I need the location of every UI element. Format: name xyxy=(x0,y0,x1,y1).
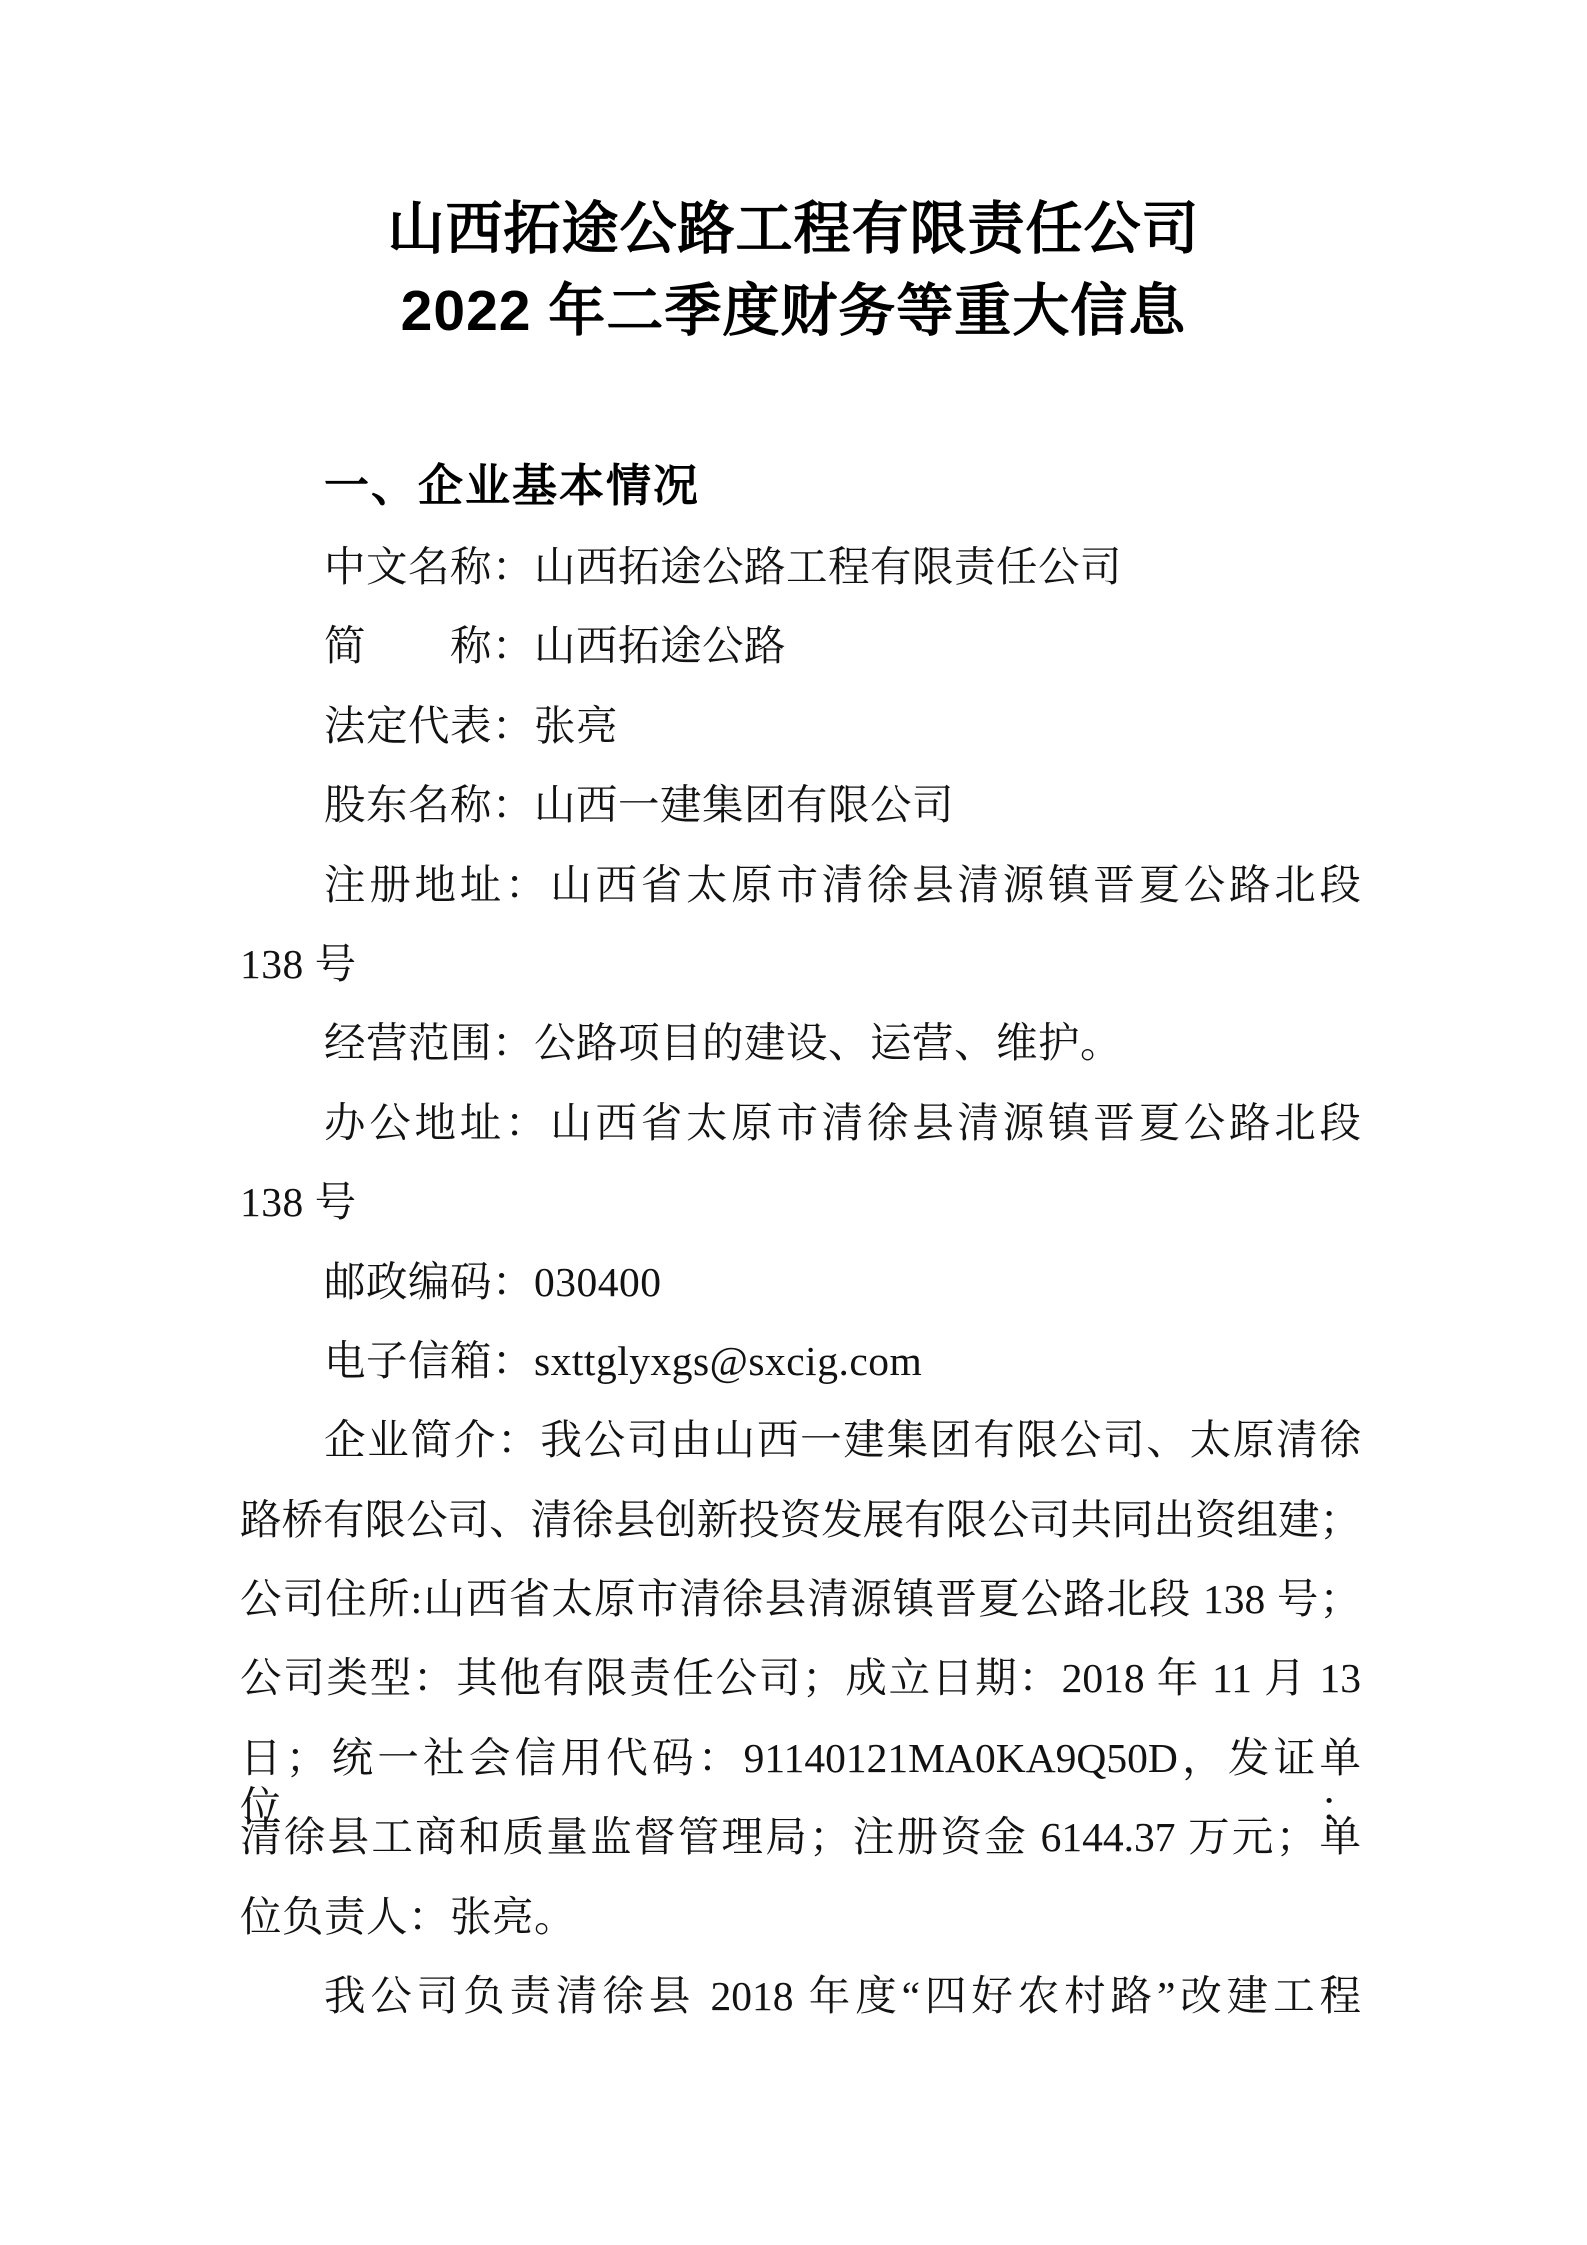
document-line: 电子信箱：sxttglyxgs@sxcig.com xyxy=(240,1337,1361,1416)
document-line: 法定代表：张亮 xyxy=(240,702,1361,781)
document-title-line1: 山西拓途公路工程有限责任公司 xyxy=(0,196,1587,262)
document-line: 清徐县工商和质量监督管理局；注册资金 6144.37 万元；单 xyxy=(240,1813,1361,1892)
document-line: 我公司负责清徐县 2018 年度“四好农村路”改建工程 xyxy=(240,1972,1361,2051)
document-line: 138 号 xyxy=(240,1178,1361,1257)
document-line: 公司类型：其他有限责任公司；成立日期：2018 年 11 月 13 xyxy=(240,1654,1361,1733)
document-line: 企业简介：我公司由山西一建集团有限公司、太原清徐 xyxy=(240,1416,1361,1495)
document-title-line2: 2022 年二季度财务等重大信息 xyxy=(0,278,1587,344)
document-line: 邮政编码：030400 xyxy=(240,1258,1361,1337)
document-page: 山西拓途公路工程有限责任公司 2022 年二季度财务等重大信息 一、企业基本情况… xyxy=(0,0,1587,2245)
document-line: 经营范围：公路项目的建设、运营、维护。 xyxy=(240,1019,1361,1098)
document-line: 注册地址：山西省太原市清徐县清源镇晋夏公路北段 xyxy=(240,861,1361,940)
section-heading: 一、企业基本情况 xyxy=(324,461,700,511)
document-line: 位负责人：张亮。 xyxy=(240,1893,1361,1972)
document-body: 中文名称：山西拓途公路工程有限责任公司简 称：山西拓途公路法定代表：张亮股东名称… xyxy=(240,543,1361,2051)
document-line: 路桥有限公司、清徐县创新投资发展有限公司共同出资组建； xyxy=(240,1496,1361,1575)
document-line: 日；统一社会信用代码：91140121MA0KA9Q50D，发证单位： xyxy=(240,1734,1361,1813)
document-line: 办公地址：山西省太原市清徐县清源镇晋夏公路北段 xyxy=(240,1099,1361,1178)
document-line: 中文名称：山西拓途公路工程有限责任公司 xyxy=(240,543,1361,622)
document-line: 简 称：山西拓途公路 xyxy=(240,622,1361,701)
document-line: 股东名称：山西一建集团有限公司 xyxy=(240,781,1361,860)
document-line: 公司住所:山西省太原市清徐县清源镇晋夏公路北段 138 号； xyxy=(240,1575,1361,1654)
document-line: 138 号 xyxy=(240,940,1361,1019)
